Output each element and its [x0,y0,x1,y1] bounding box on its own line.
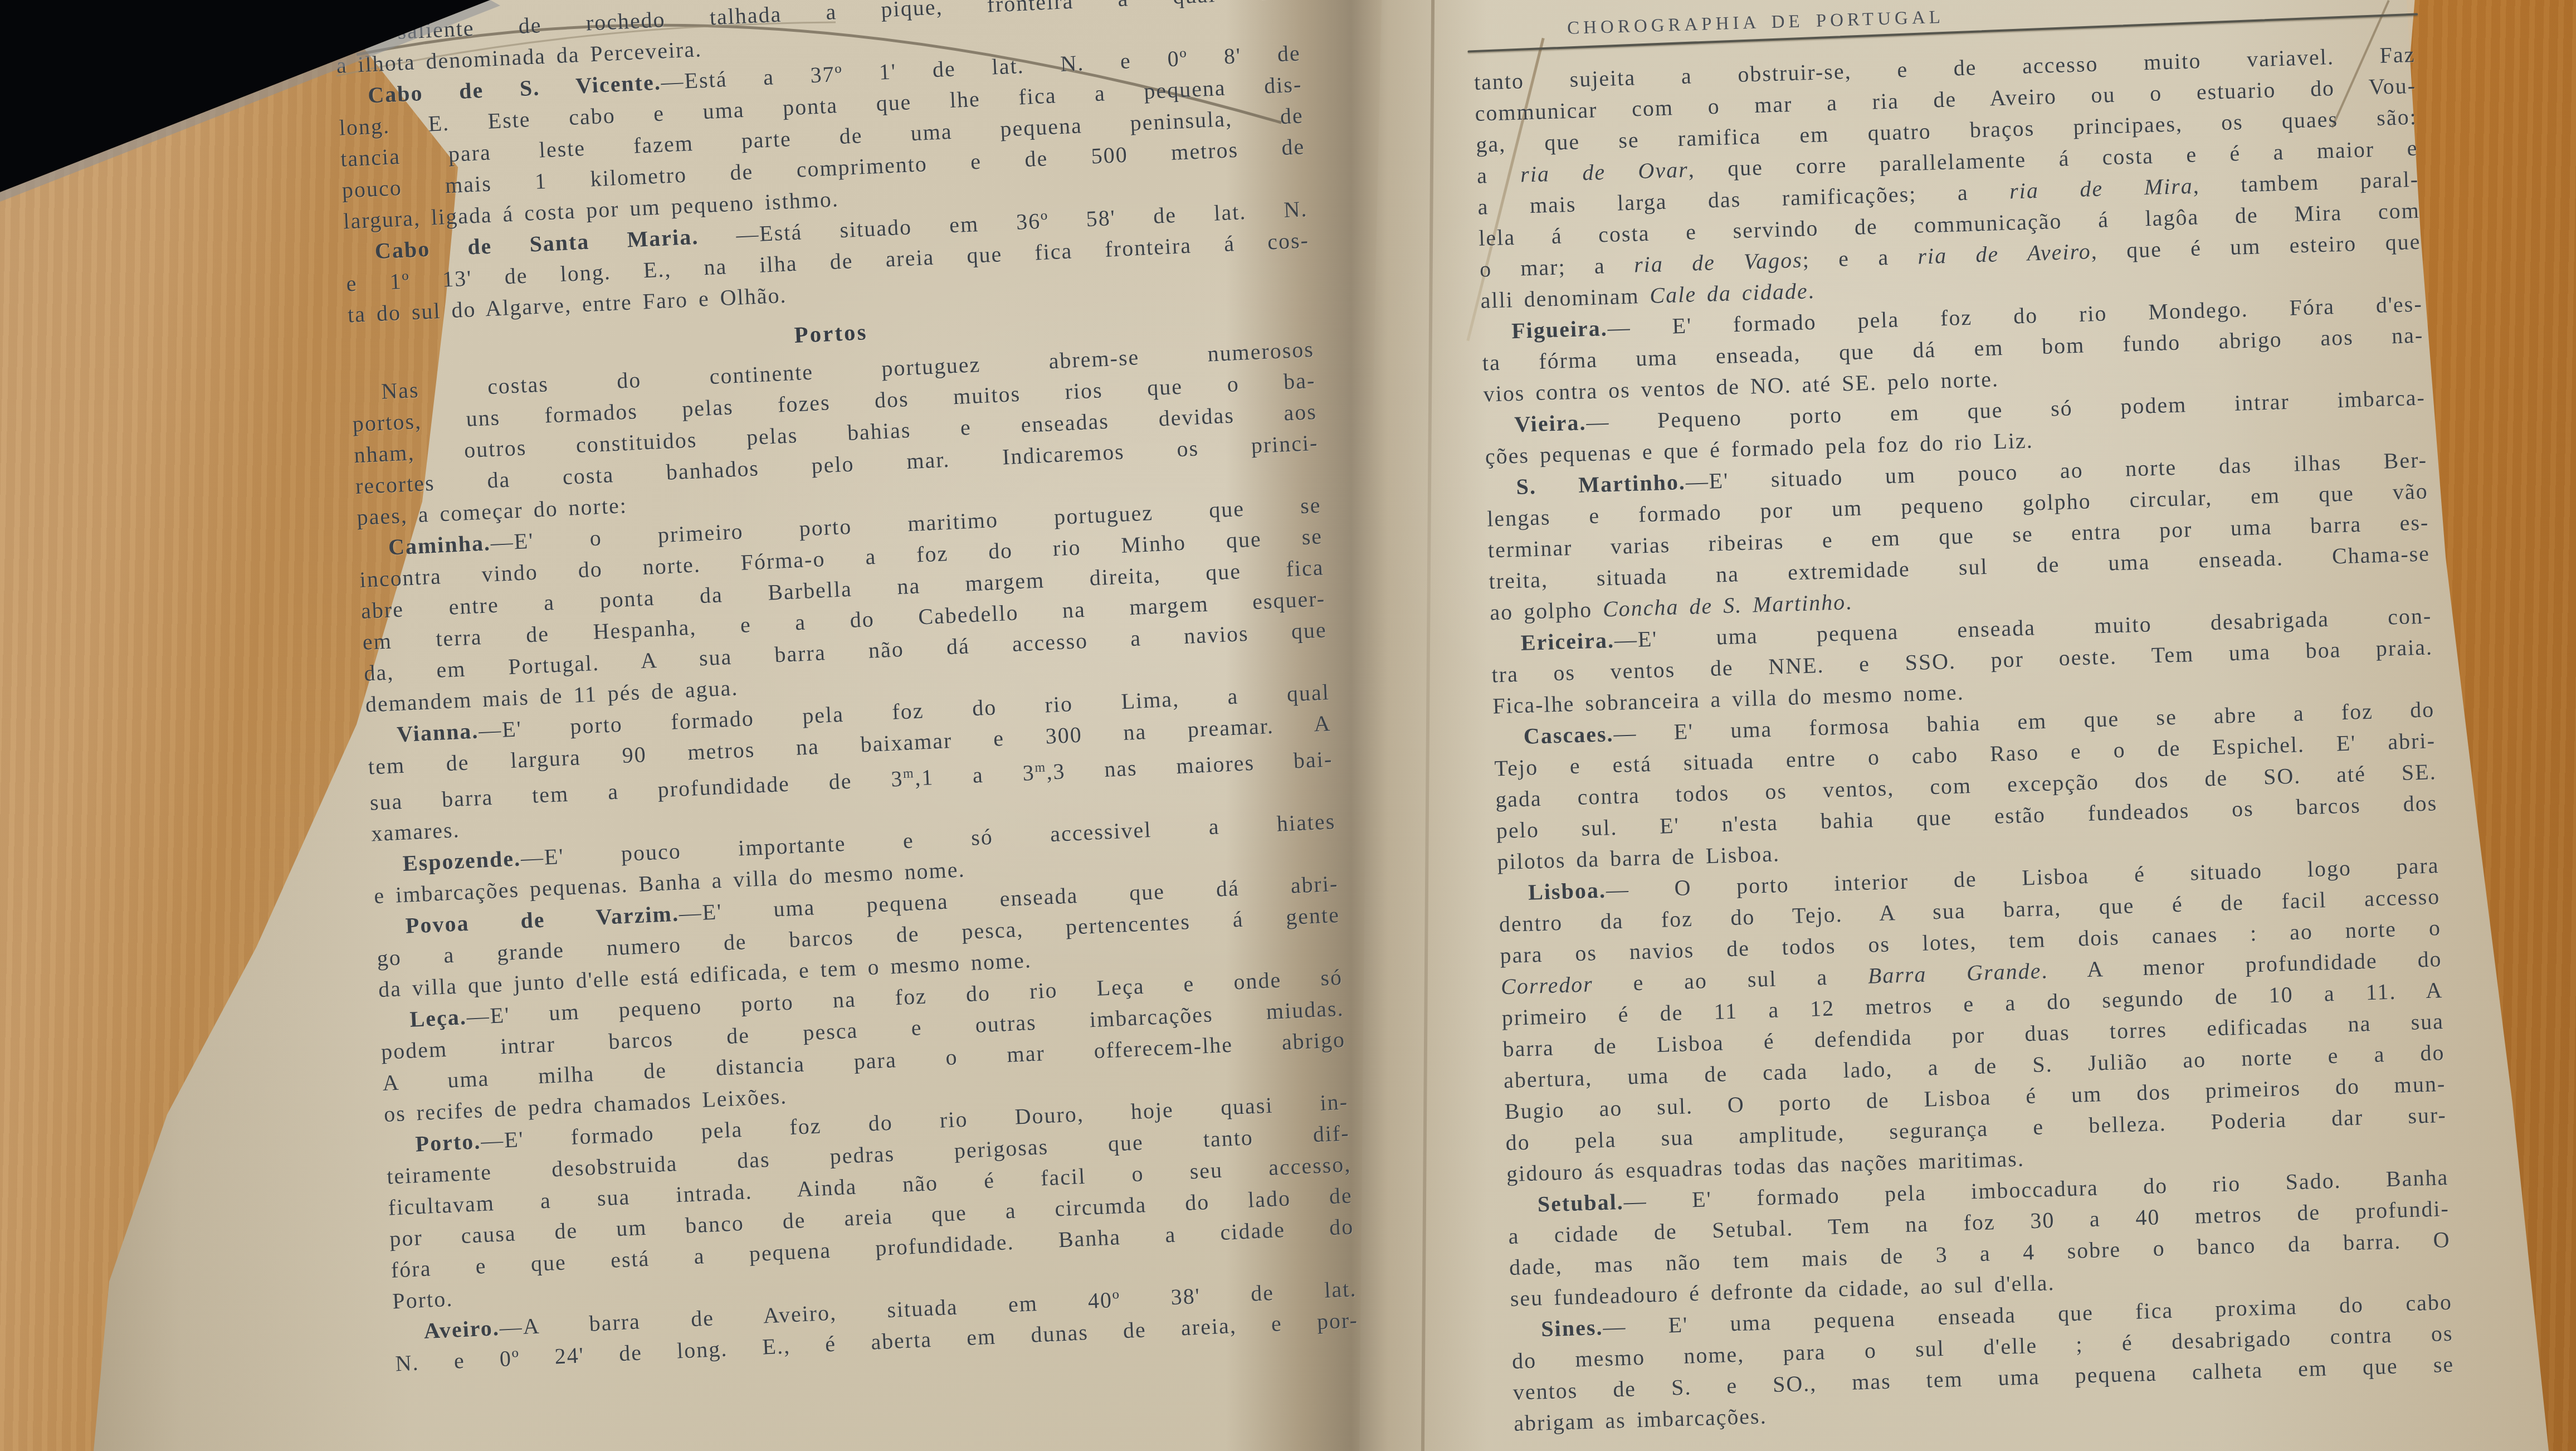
paragraph: tanto sujeita a obstruir-se, e de access… [1474,39,2422,317]
book-photo-scene: ta saliente de rochedo talhada a pique, … [0,0,2576,1451]
paragraph: Lisboa.— O porto interior de Lisboa é si… [1497,850,2448,1190]
paragraph: S. Martinho.—E' situado um pouco ao nort… [1486,444,2432,628]
right-page-text: CHOROGRAPHIA DE PORTUGAL 13 tanto sujeit… [1472,0,2456,1439]
paragraph: Cascaes.— E' uma formosa bahia em que se… [1493,694,2439,878]
running-header: CHOROGRAPHIA DE PORTUGAL 13 [1472,0,2414,42]
page-number: 13 [2412,0,2441,3]
left-page-text: ta saliente de rochedo talhada a pique, … [334,0,1359,1380]
running-title: CHOROGRAPHIA DE PORTUGAL [1567,2,1944,44]
right-page-body: tanto sujeita a obstruir-se, e de access… [1474,39,2455,1439]
